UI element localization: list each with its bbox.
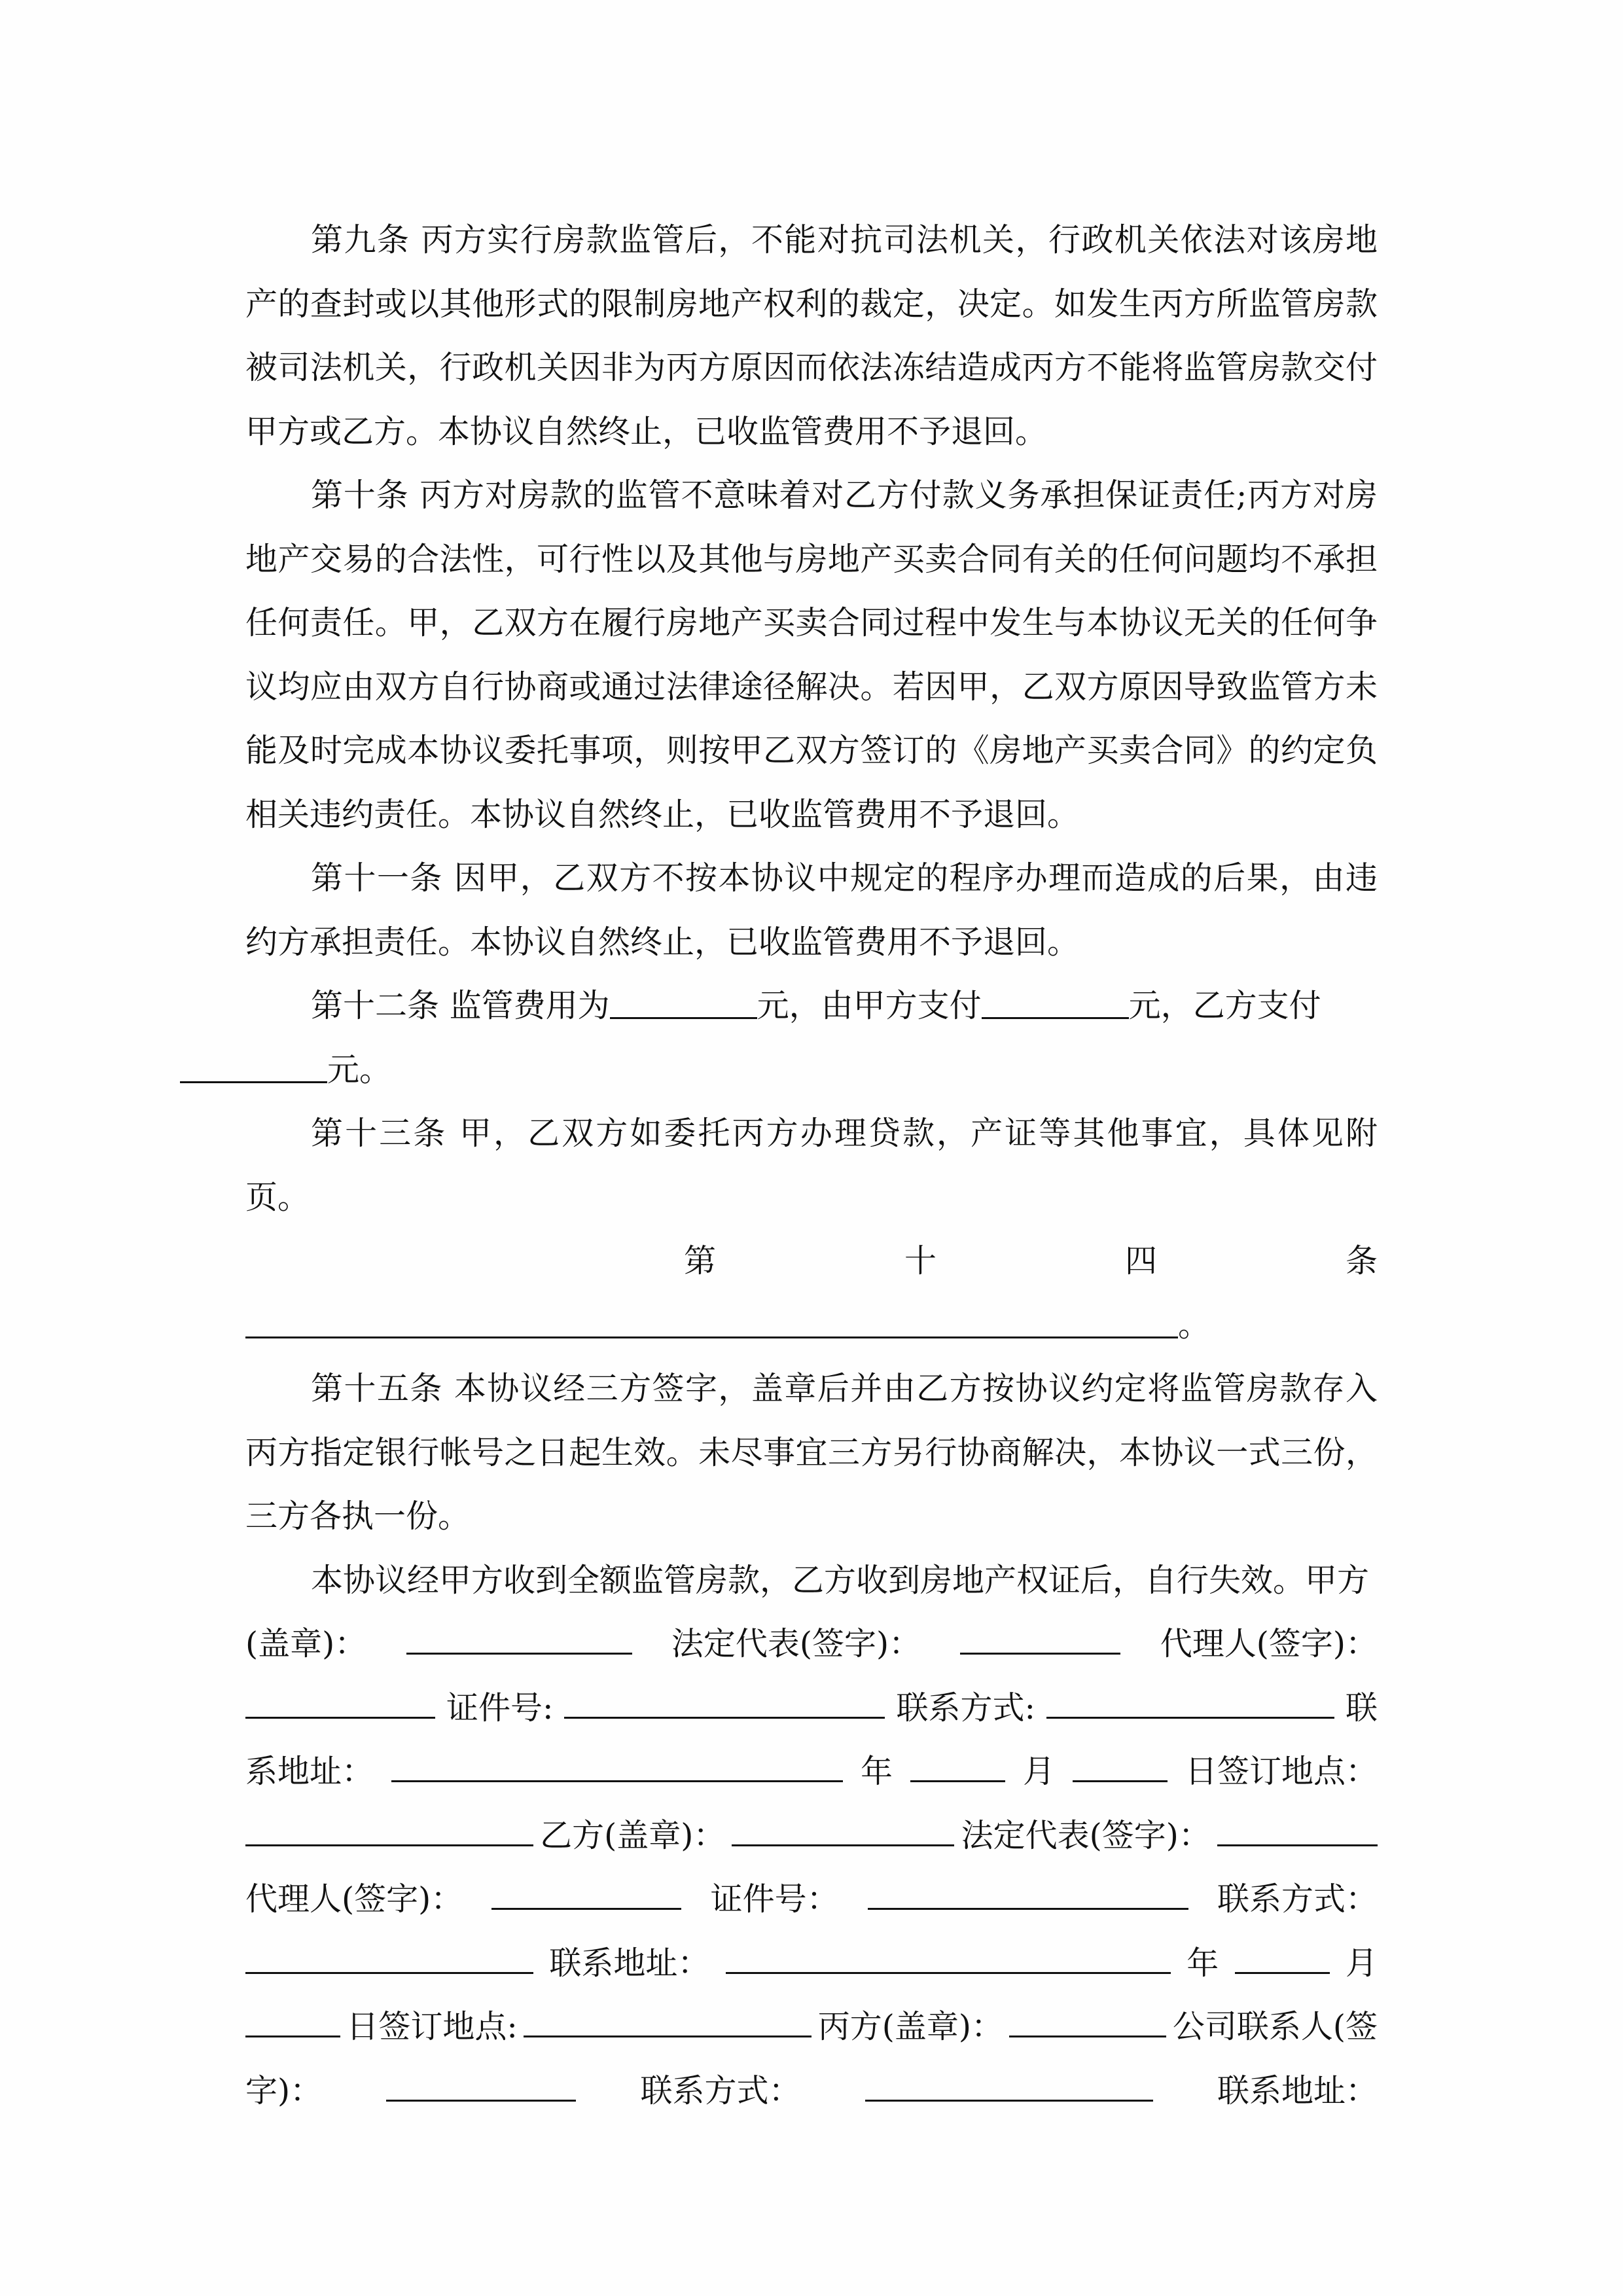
party-a-contact-blank[interactable] (1046, 1691, 1334, 1719)
party-a-day-blank[interactable] (1073, 1754, 1168, 1782)
party-a-line-2: 证件号: 联系方式: 联 (245, 1676, 1378, 1740)
party-a-seal-blank[interactable] (406, 1626, 632, 1655)
party-a-year-blank[interactable] (910, 1754, 1005, 1782)
party-a-id-blank[interactable] (564, 1691, 885, 1719)
article-15: 第十五条 本协议经三方签字，盖章后并由乙方按协议约定将监管房款存入丙方指定银行帐… (245, 1357, 1378, 1549)
party-c-contact-person-label: 字)： (245, 2059, 322, 2123)
article-9-text: 被司法机关，行政机关因非为丙方原因而依法冻结造成丙方不能将监管房款交付 (245, 349, 1378, 386)
party-c-contact-person-label: 公司联系人(签 (1173, 1995, 1378, 2059)
party-b-sign-place-blank[interactable] (524, 2009, 811, 2037)
party-b-year-label: 年 (1186, 1931, 1219, 1996)
party-a-line-3: 系地址： 年 月 日签订地点： (245, 1740, 1378, 1804)
article-12: 第十二条 监管费用为元，由甲方支付元，乙方支付元。 (245, 974, 1378, 1102)
party-c-line-2: 字)： 联系方式： 联系地址： (245, 2059, 1378, 2123)
article-14-body: 。 (245, 1293, 1378, 1357)
party-a-address-blank[interactable] (391, 1754, 843, 1782)
party-b-seal-label: 乙方(盖章)： (540, 1804, 725, 1868)
article-10-text: 第十条 丙方对房款的监管不意味着对乙方付款义务承担保证责任;丙方对 (311, 476, 1346, 514)
party-a-month-label: 月 (1023, 1740, 1055, 1804)
party-a-year-label: 年 (861, 1740, 893, 1804)
article-11-text: 约方承担责任。本协议自然终止，已收监管费用不予退回。 (245, 924, 1079, 961)
article-14-heading: 第 十 四 条 (245, 1229, 1378, 1293)
article-14-char: 条 (1346, 1229, 1378, 1293)
party-a-address-label: 联 (1346, 1676, 1378, 1740)
party-b-address-blank[interactable] (726, 1946, 1171, 1974)
article-9-text: 第九条 丙方实行房款监管后，不能对抗司法机关，行政机关依法对该房地 (311, 221, 1378, 259)
article-14-period: 。 (1178, 1306, 1210, 1344)
article-15-text: 第十五条 本协议经三方签字，盖章后并由乙方按协议约定将监管房款存入 (311, 1370, 1378, 1407)
fee-party-a-blank[interactable] (982, 991, 1129, 1019)
article-12-text: 元，由甲方支付 (757, 987, 982, 1024)
article-12-text: 第十二条 监管费用为 (311, 987, 610, 1024)
party-b-contact-label: 联系方式： (1217, 1867, 1378, 1931)
article-15-text: 丙方指定银行帐号之日起生效。未尽事宜三方另行协商解决，本协议一式三份， (245, 1434, 1378, 1471)
article-14-char: 四 (1125, 1229, 1157, 1293)
party-b-contact-blank[interactable] (245, 1946, 533, 1974)
party-a-address-label: 系地址： (245, 1740, 374, 1804)
article-12-text: 元。 (327, 1051, 391, 1088)
party-a-legal-rep-label: 法定代表(签字)： (671, 1612, 921, 1676)
closing-clause: 本协议经甲方收到全额监管房款，乙方收到房地产权证后，自行失效。甲方 (245, 1549, 1378, 1613)
party-a-sign-place-blank[interactable] (245, 1818, 533, 1846)
article-14-blank[interactable] (245, 1310, 1178, 1338)
party-b-line-3: 联系地址： 年 月 (245, 1931, 1378, 1996)
party-b-legal-rep-blank[interactable] (1217, 1818, 1378, 1846)
party-c-seal-label: 丙方(盖章)： (818, 1995, 1003, 2059)
fee-party-b-blank[interactable] (180, 1055, 327, 1083)
party-a-id-label: 证件号: (446, 1676, 554, 1740)
party-c-contact-blank[interactable] (865, 2073, 1153, 2102)
party-b-month-label: 月 (1346, 1931, 1378, 1996)
party-a-sign-place-label: 日签订地点： (1185, 1740, 1378, 1804)
party-a-legal-rep-blank[interactable] (960, 1626, 1120, 1655)
party-c-address-label: 联系地址： (1217, 2059, 1378, 2123)
party-b-day-blank[interactable] (245, 2009, 340, 2037)
article-9-text: 甲方或乙方。本协议自然终止，已收监管费用不予退回。 (245, 413, 1047, 450)
fee-total-blank[interactable] (610, 991, 757, 1019)
party-c-line-1: 日签订地点: 丙方(盖章)： 公司联系人(签 (245, 1995, 1378, 2059)
party-b-id-label: 证件号： (711, 1867, 839, 1931)
party-b-year-blank[interactable] (1235, 1946, 1330, 1974)
party-b-agent-label: 代理人(签字)： (245, 1867, 463, 1931)
article-10: 第十条 丙方对房款的监管不意味着对乙方付款义务承担保证责任;丙方对房地产交易的合… (245, 463, 1378, 846)
party-b-legal-rep-label: 法定代表(签字)： (961, 1804, 1211, 1868)
article-9-text: 产的查封或以其他形式的限制房地产权利的裁定，决定。如发生丙方所监管房款 (245, 285, 1378, 323)
article-9: 第九条 丙方实行房款监管后，不能对抗司法机关，行政机关依法对该房地产的查封或以其… (245, 208, 1378, 463)
article-13: 第十三条 甲，乙双方如委托丙方办理贷款，产证等其他事宜，具体见附页。 (245, 1102, 1378, 1229)
party-a-agent-blank[interactable] (245, 1691, 435, 1719)
party-b-id-blank[interactable] (868, 1882, 1188, 1910)
party-b-sign-place-label: 日签订地点: (346, 1995, 518, 2059)
article-14-char: 十 (904, 1229, 936, 1293)
party-b-line-1: 乙方(盖章)： 法定代表(签字)： (245, 1804, 1378, 1868)
article-14-char: 第 (684, 1229, 716, 1293)
party-a-line-1: (盖章)： 法定代表(签字)： 代理人(签字)： (245, 1612, 1378, 1676)
party-c-contact-label: 联系方式： (641, 2059, 801, 2123)
party-c-seal-blank[interactable] (1009, 2009, 1166, 2037)
party-c-contact-person-blank[interactable] (386, 2073, 576, 2102)
article-13-text: 第十三条 甲，乙双方如委托丙方办理贷款，产证等其他事宜，具体见附页。 (245, 1115, 1378, 1216)
article-12-text: 元，乙方支付 (1129, 987, 1321, 1024)
contract-page: 第九条 丙方实行房款监管后，不能对抗司法机关，行政机关依法对该房地产的查封或以其… (245, 208, 1378, 2123)
party-b-seal-blank[interactable] (732, 1818, 954, 1846)
party-a-contact-label: 联系方式: (896, 1676, 1035, 1740)
article-15-text: 三方各执一份。 (245, 1498, 470, 1535)
party-b-agent-blank[interactable] (491, 1882, 681, 1910)
closing-text: 本协议经甲方收到全额监管房款，乙方收到房地产权证后，自行失效。甲方 (311, 1562, 1369, 1599)
party-b-line-2: 代理人(签字)： 证件号： 联系方式： (245, 1867, 1378, 1931)
party-a-seal-label: (盖章)： (245, 1612, 366, 1676)
party-a-agent-label: 代理人(签字)： (1160, 1612, 1378, 1676)
party-b-address-label: 联系地址： (549, 1931, 709, 1996)
article-11: 第十一条 因甲，乙双方不按本协议中规定的程序办理而造成的后果，由违约方承担责任。… (245, 846, 1378, 974)
article-11-text: 第十一条 因甲，乙双方不按本协议中规定的程序办理而造成的后果，由违 (311, 859, 1378, 897)
